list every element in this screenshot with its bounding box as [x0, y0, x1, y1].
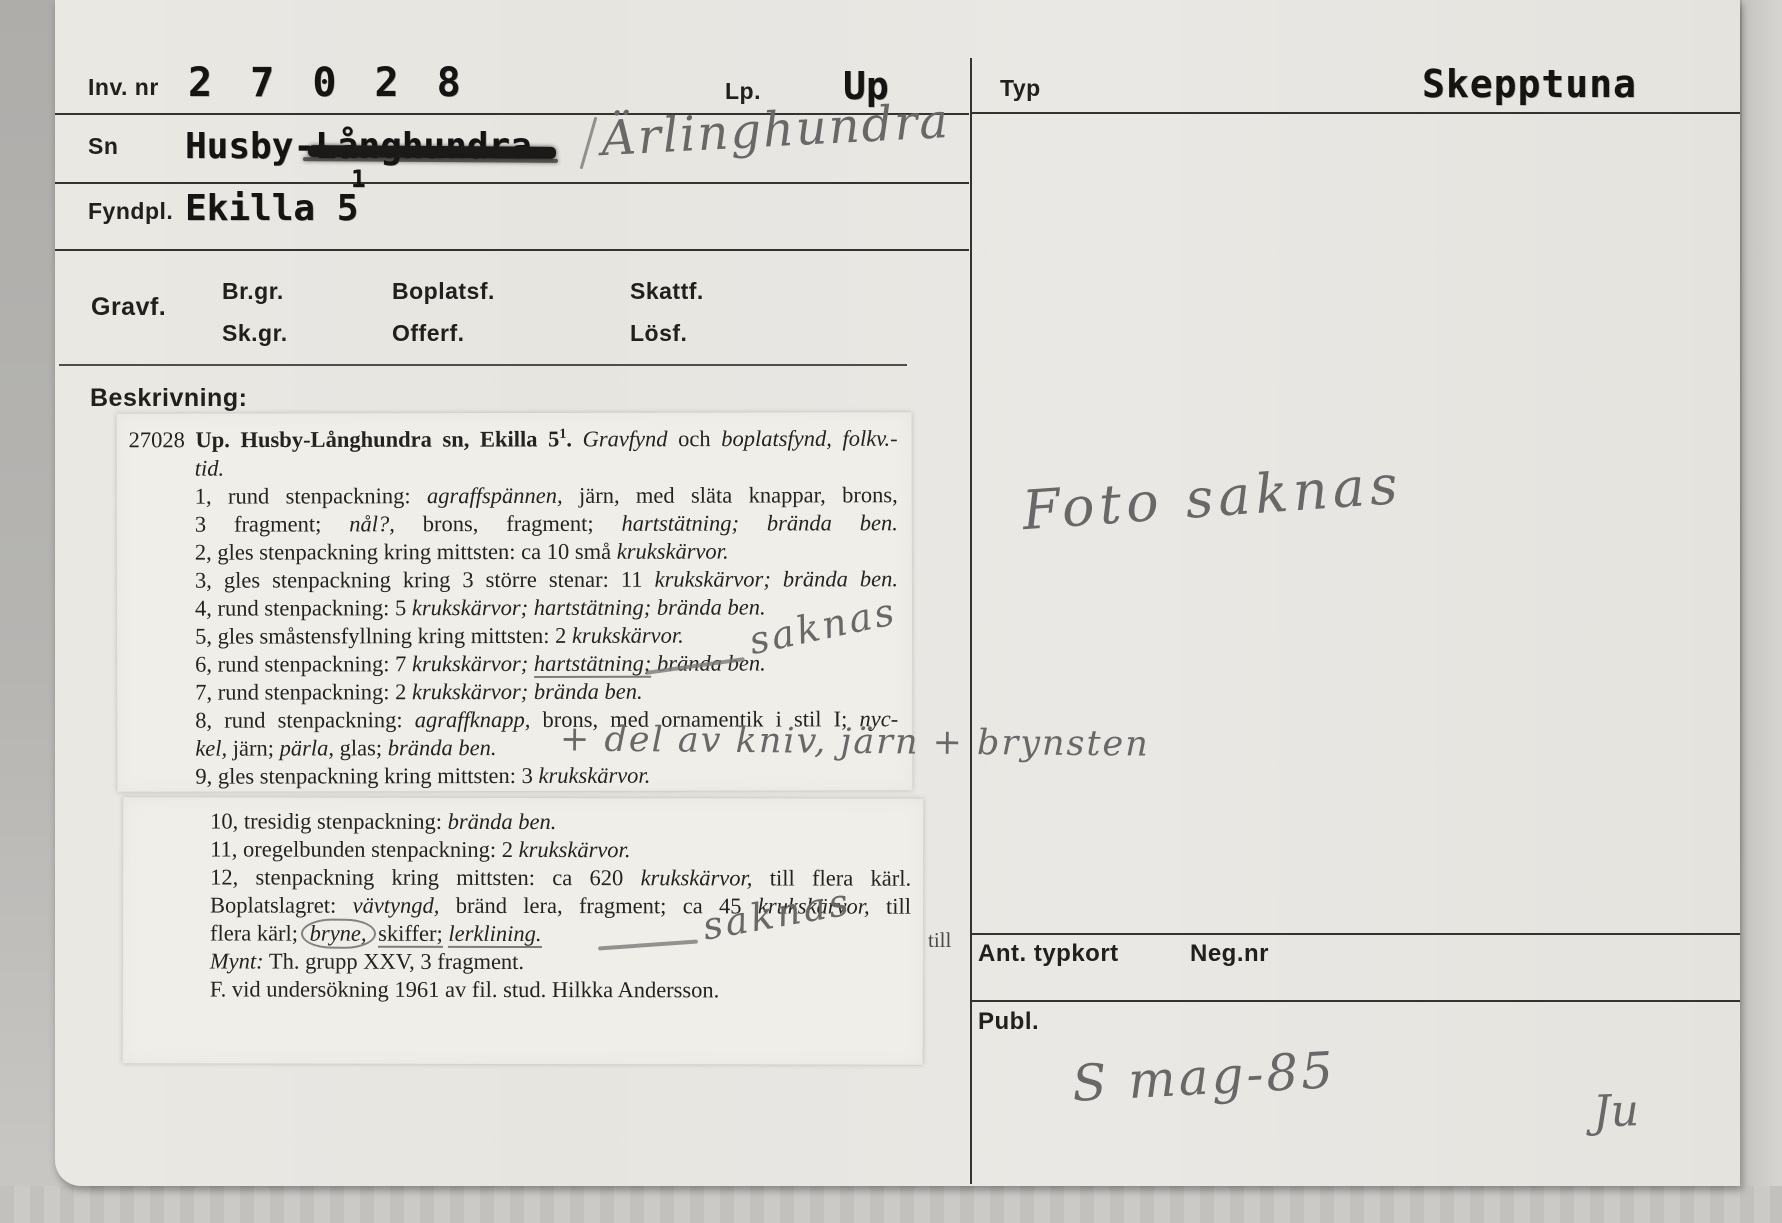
- description-segment: brända ben.: [448, 809, 557, 834]
- sn-handwritten-correction: Ärlinghundra: [600, 93, 951, 167]
- description-line: 7, rund stenpackning: 2 krukskärvor; brä…: [195, 677, 898, 706]
- inv-nr-value: 2 7 0 2 8: [188, 60, 468, 106]
- description-segment: Th. grupp XXV, 3 fragment.: [264, 949, 524, 974]
- description-segment: 27028: [129, 427, 196, 452]
- description-segment: Up. Husby-Långhundra sn, Ekilla 5: [195, 426, 559, 452]
- description-segment: 2, gles stenpackning kring mittsten: ca …: [195, 538, 617, 564]
- description-line: 2, gles stenpackning kring mittsten: ca …: [195, 537, 898, 566]
- description-line: 1, rund stenpackning: agraffspännen, jär…: [195, 481, 898, 510]
- ant-typkort-label: Ant. typkort: [978, 940, 1119, 968]
- description-segment: 5, gles småstensfyllning kring mittsten:…: [195, 622, 572, 648]
- description-segment: till: [870, 894, 911, 919]
- losf-label: Lösf.: [630, 320, 687, 347]
- description-segment: 8, rund stenpackning:: [195, 707, 415, 732]
- sn-label: Sn: [88, 133, 118, 160]
- offerf-label: Offerf.: [392, 320, 465, 347]
- description-segment: krukskärvor.: [538, 762, 650, 787]
- description-segment: 7, rund stenpackning: 2: [195, 679, 412, 704]
- skattf-label: Skattf.: [630, 278, 704, 305]
- description-line: tid.: [195, 453, 898, 482]
- description-segment: skiffer;: [378, 921, 443, 948]
- description-segment: hartstätning;: [534, 650, 652, 677]
- description-segment: lerklining.: [448, 921, 541, 948]
- fyndpl-label: Fyndpl.: [88, 198, 173, 225]
- s-mag-annotation: S mag-85: [1071, 1041, 1338, 1113]
- fyndpl-value: Ekilla 5: [185, 188, 358, 229]
- description-line: 3 fragment; nål?, brons, fragment; harts…: [195, 509, 898, 538]
- scanner-background-right: [1742, 0, 1782, 1223]
- description-segment: brons, fragment;: [395, 510, 622, 535]
- description-segment: boplatsfynd, folkv.-: [721, 426, 897, 451]
- description-segment: krukskärvor;: [412, 650, 534, 675]
- description-segment: krukskärvor; brända ben.: [655, 566, 898, 592]
- typ-value: Skepptuna: [1422, 62, 1637, 106]
- lp-label: Lp.: [725, 78, 761, 105]
- sn-value-prefix: Husby-: [185, 126, 315, 167]
- rule-under-fyndpl: [55, 249, 969, 251]
- ju-annotation: Ju: [1592, 1085, 1640, 1138]
- beskrivning-label: Beskrivning:: [90, 384, 247, 413]
- description-segment: F. vid undersökning 1961 av fil. stud. H…: [210, 976, 719, 1002]
- stray-till-text: till: [928, 928, 951, 953]
- description-segment: agraffknapp,: [415, 706, 531, 731]
- description-line: Mynt: Th. grupp XXV, 3 fragment.: [210, 947, 911, 976]
- description-segment: och: [668, 426, 722, 451]
- description-segment: 11, oregelbunden stenpackning: 2: [210, 836, 519, 862]
- description-segment: 6, rund stenpackning: 7: [195, 651, 412, 676]
- description-segment: järn;: [227, 735, 280, 760]
- description-segment: hartstätning; brända ben.: [621, 510, 897, 536]
- description-segment: 9, gles stenpackning kring mittsten: 3: [195, 762, 538, 788]
- description-line: 11, oregelbunden stenpackning: 2 krukskä…: [210, 835, 911, 864]
- description-line: F. vid undersökning 1961 av fil. stud. H…: [210, 975, 911, 1004]
- description-segment: 3, gles stenpackning kring 3 större sten…: [195, 566, 655, 592]
- publ-label: Publ.: [978, 1008, 1039, 1036]
- description-segment: flera kärl;: [210, 920, 304, 945]
- neg-nr-label: Neg.nr: [1190, 940, 1269, 968]
- description-segment: Mynt:: [210, 948, 264, 973]
- description-segment: kel,: [195, 735, 227, 760]
- description-segment: bryne,: [301, 919, 376, 949]
- description-segment: 1: [559, 427, 566, 442]
- rule-under-sn: [55, 182, 969, 184]
- fyndpl-superscript: 1: [351, 165, 365, 193]
- description-segment: 10, tresidig stenpackning:: [210, 808, 448, 833]
- description-line: 9, gles stenpackning kring mittsten: 3 k…: [195, 761, 898, 790]
- rule-under-typ: [972, 112, 1740, 114]
- description-line: 27028 Up. Husby-Långhundra sn, Ekilla 51…: [129, 420, 898, 454]
- description-segment: Boplatslagret:: [210, 892, 353, 917]
- brgr-label: Br.gr.: [222, 278, 284, 305]
- boplatsf-label: Boplatsf.: [392, 278, 495, 305]
- description-segment: krukskärvor,: [641, 865, 753, 890]
- description-segment: 3 fragment;: [195, 511, 349, 536]
- description-segment: vävtyngd,: [353, 893, 440, 918]
- description-line: 3, gles stenpackning kring 3 större sten…: [195, 565, 898, 594]
- description-segment: tid.: [195, 455, 224, 480]
- description-segment: krukskärvor; hartstätning; brända ben.: [412, 594, 766, 620]
- rule-column-divider: [970, 58, 972, 1184]
- gravf-label: Gravf.: [91, 293, 166, 322]
- description-segment: krukskärvor; brända ben.: [412, 678, 643, 703]
- foto-saknas-annotation: Foto saknas: [1020, 453, 1404, 542]
- description-segment: 1, rund stenpackning:: [195, 483, 427, 508]
- typ-label: Typ: [1000, 75, 1041, 102]
- description-segment: nål?,: [349, 511, 395, 536]
- description-segment: 12, stenpackning kring mittsten: ca 620: [210, 864, 641, 890]
- rule-above-ant-typkort: [972, 933, 1740, 935]
- rule-under-gravf: [59, 364, 907, 366]
- pencil-slash: [580, 117, 598, 170]
- scanned-catalog-card-page: Inv. nr 2 7 0 2 8 Lp. Up Typ Skepptuna S…: [0, 0, 1782, 1223]
- description-segment: järn, med släta knappar, brons,: [563, 482, 898, 508]
- description-segment: glas;: [334, 735, 388, 760]
- description-segment: 4, rund stenpackning: 5: [195, 595, 412, 620]
- description-line: 10, tresidig stenpackning: brända ben.: [210, 807, 911, 836]
- kniv-annotation: + del av kniv, järn + brynsten: [560, 719, 1150, 764]
- description-segment: brända ben.: [388, 735, 497, 760]
- scanner-background-bottom: [0, 1186, 1782, 1223]
- rule-above-publ: [972, 1000, 1740, 1002]
- description-segment: agraffspännen,: [427, 482, 563, 507]
- catalog-card: Inv. nr 2 7 0 2 8 Lp. Up Typ Skepptuna S…: [55, 0, 1740, 1186]
- description-segment: Gravfynd: [583, 426, 668, 451]
- skgr-label: Sk.gr.: [222, 320, 288, 347]
- description-segment: krukskärvor.: [572, 622, 684, 647]
- description-segment: pärla,: [280, 735, 334, 760]
- inv-nr-label: Inv. nr: [88, 74, 159, 101]
- description-segment: .: [566, 426, 582, 451]
- description-segment: krukskärvor.: [519, 837, 631, 862]
- description-segment: krukskärvor.: [617, 538, 729, 563]
